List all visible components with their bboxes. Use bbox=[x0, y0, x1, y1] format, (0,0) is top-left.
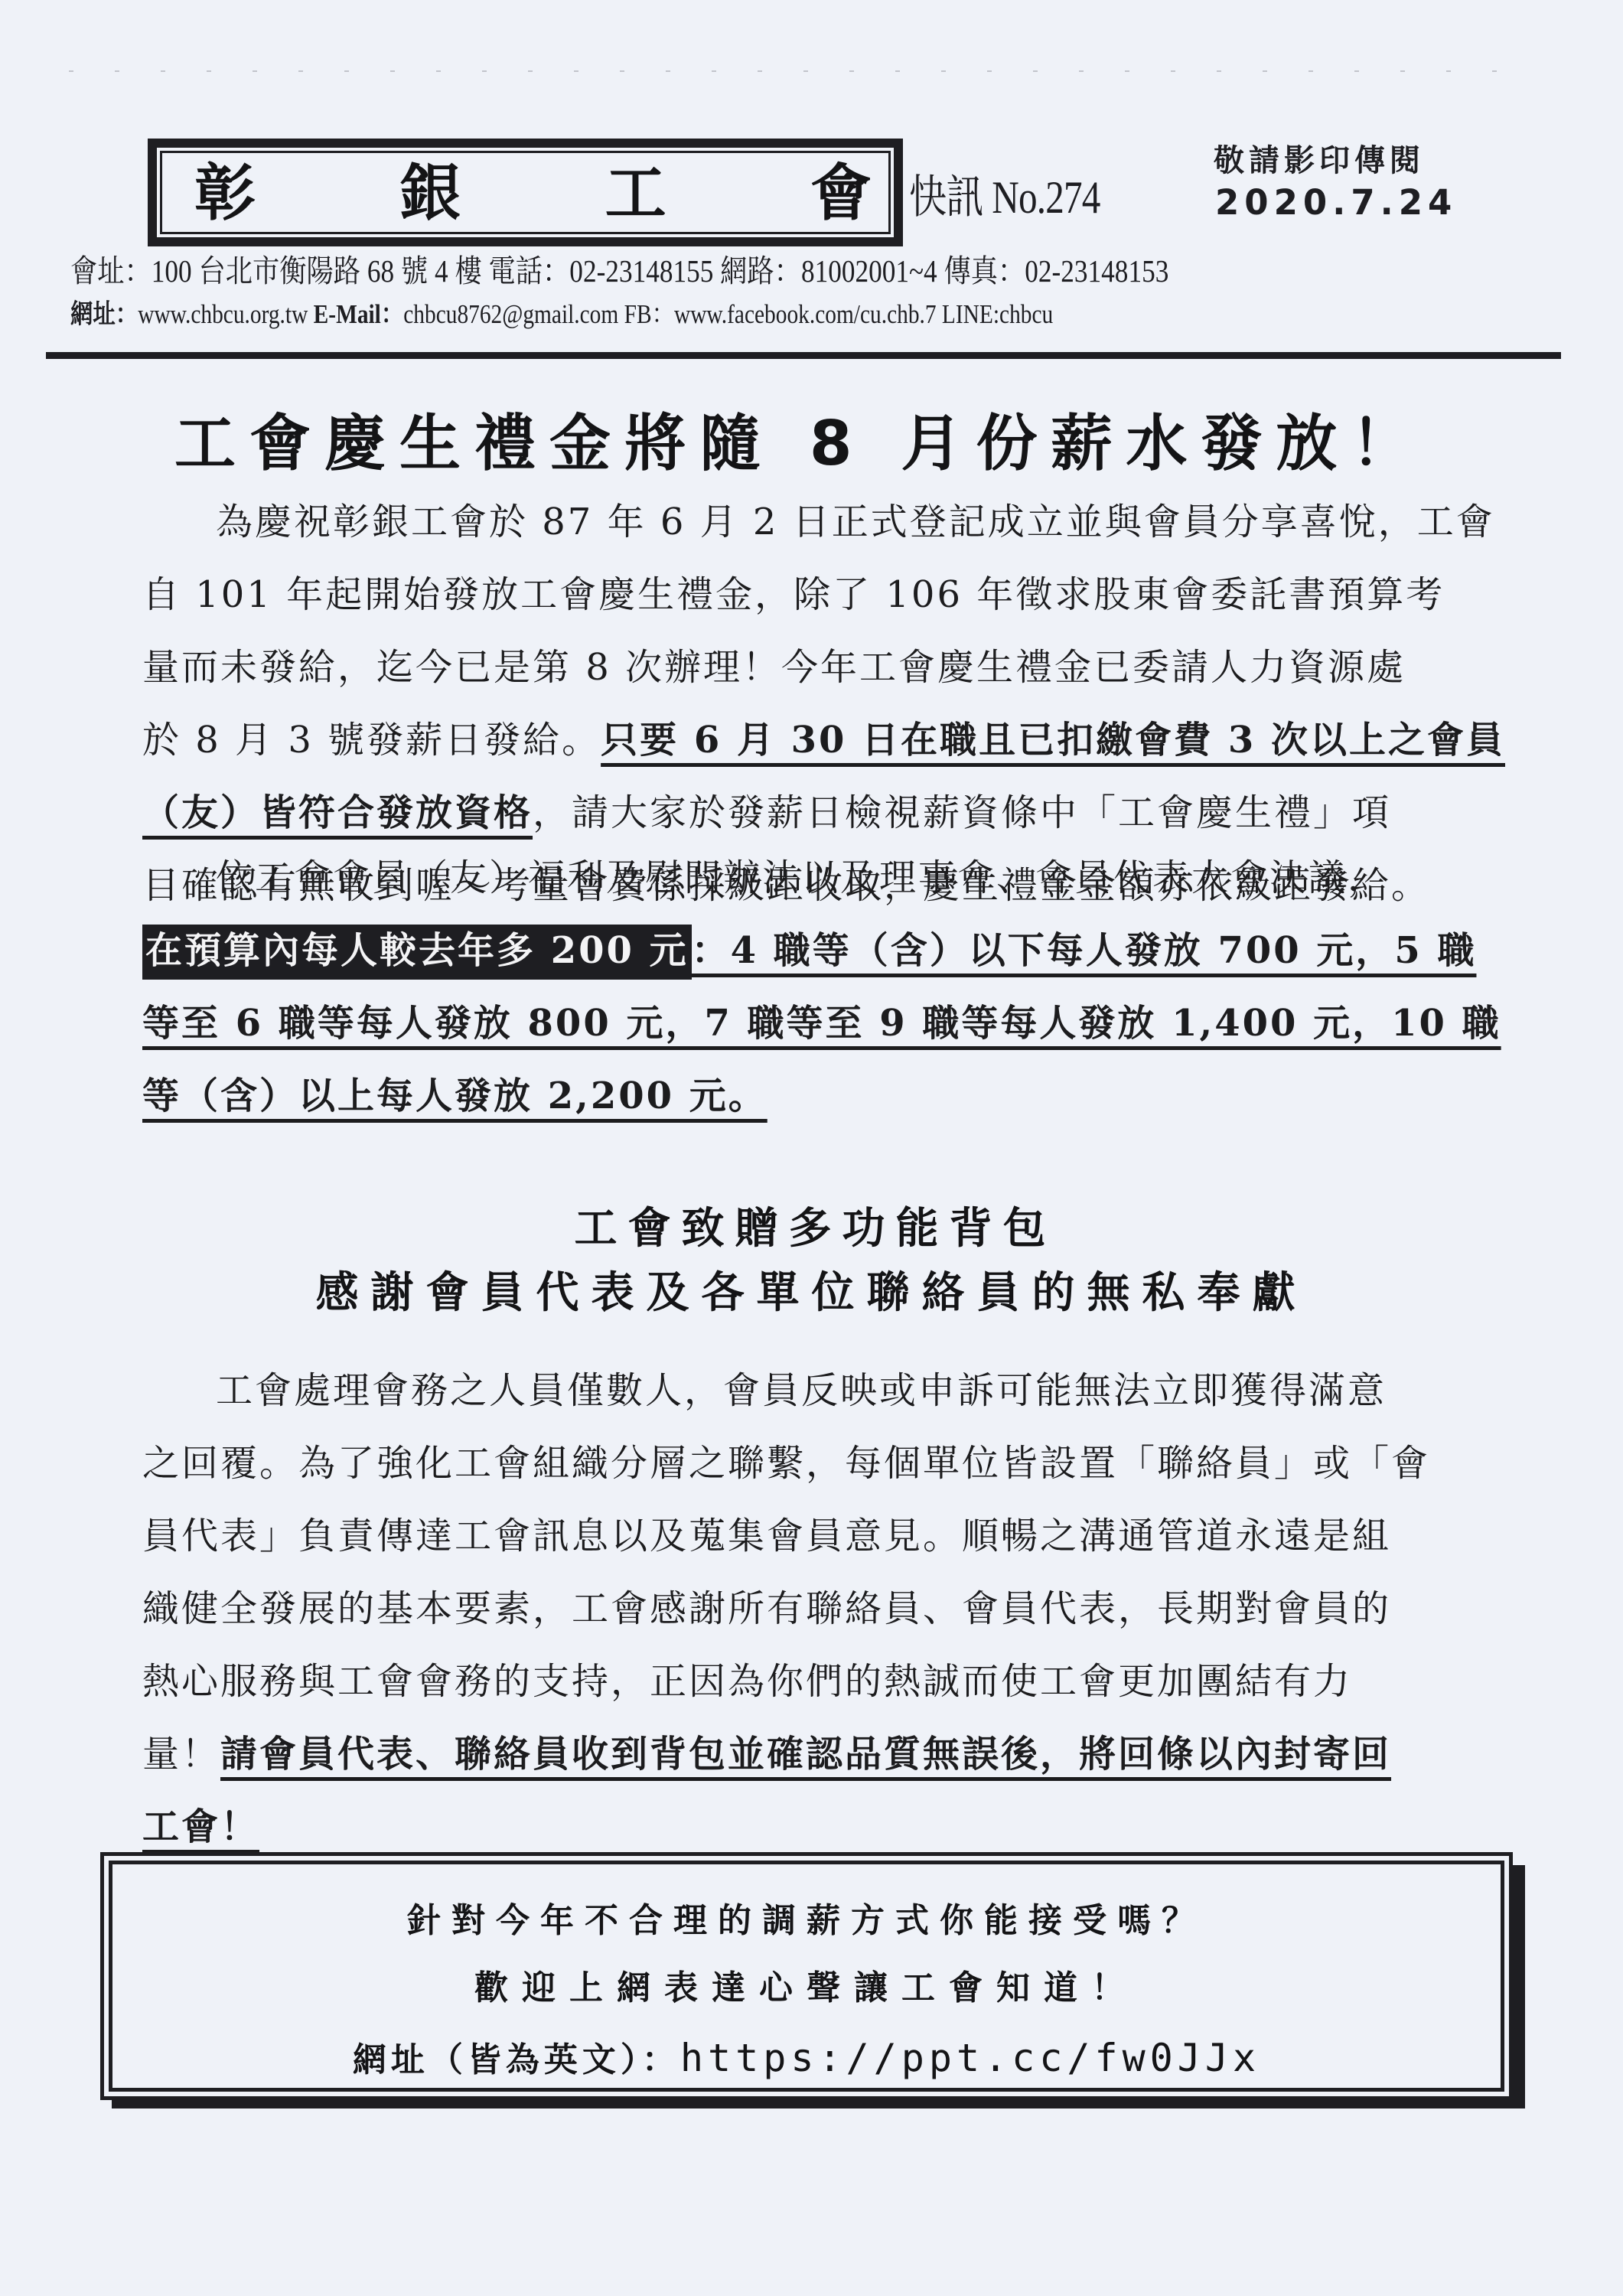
text-line: 工會處理會務之人員僅數人，會員反映或申訴可能無法立即獲得滿意 bbox=[142, 1355, 1520, 1427]
survey-url-line: 網址（皆為英文）：https://ppt.cc/fw0JJx bbox=[112, 2039, 1501, 2077]
line-label: LINE: bbox=[937, 299, 999, 329]
masthead-box: 彰 銀 工 會 bbox=[148, 139, 903, 246]
amount-underlined: 等至 6 職等每人發放 800 元，7 職等至 9 職等每人發放 1,400 元… bbox=[142, 1002, 1501, 1045]
contact-address-phone: 會址：100 台北市衡陽路 68 號 4 樓 電話：02-23148155 網路… bbox=[70, 256, 1168, 287]
website-link[interactable]: www.chbcu.org.tw bbox=[138, 299, 308, 329]
masthead-char-3: 工 bbox=[605, 162, 666, 223]
fb-label: FB： bbox=[618, 299, 674, 329]
article1-paragraph-2-lines: 依工會會員（友）福利及慰問辦法以及理事會、會員代表大會決議， 在預算內每人較去年… bbox=[142, 842, 1520, 1133]
email-label: E-Mail： bbox=[308, 299, 403, 329]
issue-date: 2020.7.24 bbox=[1215, 185, 1457, 220]
newsletter-page: 彰 銀 工 會 快訊 No.274 敬請影印傳閱 2020.7.24 會址：10… bbox=[0, 0, 1623, 2296]
line-id: chbcu bbox=[999, 299, 1053, 329]
return-slip-instruction-cont: 工會！ bbox=[142, 1805, 259, 1848]
payday-text: 於 8 月 3 號發薪日發給。 bbox=[142, 719, 601, 762]
text-line: 為慶祝彰銀工會於 87 年 6 月 2 日正式登記成立並與會員分享喜悅，工會 bbox=[142, 486, 1520, 559]
pass-on-notice: 敬請影印傳閱 bbox=[1214, 145, 1425, 176]
text-line: （友）皆符合發放資格，請大家於發薪日檢視薪資條中「工會慶生禮」項 bbox=[142, 777, 1520, 850]
email-link[interactable]: chbcu8762@gmail.com bbox=[403, 299, 618, 329]
bulletin-number: 快訊 No.274 bbox=[909, 174, 1100, 220]
text-line: 熱心服務與工會會務的支持，正因為你們的熱誠而使工會更加團結有力 bbox=[142, 1645, 1520, 1718]
masthead-char-4: 會 bbox=[810, 162, 872, 223]
header-divider bbox=[46, 352, 1561, 359]
article2-title-line-1: 工會致贈多功能背包 bbox=[0, 1208, 1623, 1251]
text-line: 等（含）以上每人發放 2,200 元。 bbox=[142, 1060, 1520, 1133]
eligibility-underlined: 只要 6 月 30 日在職且已扣繳會費 3 次以上之會員 bbox=[601, 719, 1505, 762]
eligibility-underlined-cont: （友）皆符合發放資格 bbox=[142, 791, 533, 834]
amount-underlined: ：4 職等（含）以下每人發放 700 元，5 職 bbox=[692, 929, 1477, 972]
text-line: 量！請會員代表、聯絡員收到背包並確認品質無誤後，將回條以內封寄回 bbox=[142, 1718, 1520, 1791]
text-line: 員代表」負責傳達工會訊息以及蒐集會員意見。順暢之溝通管道永遠是組 bbox=[142, 1500, 1520, 1573]
survey-url-link[interactable]: https://ppt.cc/fw0JJx bbox=[680, 2036, 1260, 2080]
text-line: 依工會會員（友）福利及慰問辦法以及理事會、會員代表大會決議， bbox=[142, 842, 1520, 915]
url-label: 網址（皆為英文）： bbox=[353, 2040, 680, 2079]
survey-question: 針對今年不合理的調薪方式你能接受嗎？ bbox=[112, 1904, 1501, 1938]
masthead-inner-frame: 彰 銀 工 會 bbox=[160, 151, 891, 234]
text-line: 等至 6 職等每人發放 800 元，7 職等至 9 職等每人發放 1,400 元… bbox=[142, 987, 1520, 1060]
article2-paragraph: 工會處理會務之人員僅數人，會員反映或申訴可能無法立即獲得滿意 之回覆。為了強化工… bbox=[142, 1355, 1520, 1864]
notice-inner-frame: 針對今年不合理的調薪方式你能接受嗎？ 歡迎上網表達心聲讓工會知道！ 網址（皆為英… bbox=[109, 1861, 1504, 2092]
masthead-char-1: 彰 bbox=[194, 162, 256, 223]
amount-underlined: 等（含）以上每人發放 2,200 元。 bbox=[142, 1075, 768, 1117]
fb-link[interactable]: www.facebook.com/cu.chb.7 bbox=[674, 299, 937, 329]
contact-online: 網址：www.chbcu.org.tw E-Mail：chbcu8762@gma… bbox=[70, 301, 1053, 328]
plain-text: 量！ bbox=[142, 1733, 220, 1776]
text-line: 量而未發給，迄今已是第 8 次辦理！今年工會慶生禮金已委請人力資源處 bbox=[142, 631, 1520, 704]
article1-headline: 工會慶生禮金將隨 8 月份薪水發放！ bbox=[174, 413, 1426, 475]
survey-invitation: 歡迎上網表達心聲讓工會知道！ bbox=[112, 1971, 1501, 2005]
return-slip-instruction: 請會員代表、聯絡員收到背包並確認品質無誤後，將回條以內封寄回 bbox=[220, 1733, 1391, 1776]
text-line: 在預算內每人較去年多 200 元：4 職等（含）以下每人發放 700 元，5 職 bbox=[142, 915, 1520, 987]
article2-title-line-2: 感謝會員代表及各單位聯絡員的無私奉獻 bbox=[0, 1272, 1623, 1315]
check-payslip-text: ，請大家於發薪日檢視薪資條中「工會慶生禮」項 bbox=[533, 791, 1391, 834]
text-line: 於 8 月 3 號發薪日發給。只要 6 月 30 日在職且已扣繳會費 3 次以上… bbox=[142, 704, 1520, 777]
website-label: 網址： bbox=[70, 299, 138, 329]
survey-notice-box: 針對今年不合理的調薪方式你能接受嗎？ 歡迎上網表達心聲讓工會知道！ 網址（皆為英… bbox=[100, 1852, 1513, 2100]
text-line: 之回覆。為了強化工會組織分層之聯繫，每個單位皆設置「聯絡員」或「會 bbox=[142, 1427, 1520, 1500]
text-line: 自 101 年起開始發放工會慶生禮金，除了 106 年徵求股東會委託書預算考 bbox=[142, 559, 1520, 631]
highlight-increase: 在預算內每人較去年多 200 元 bbox=[142, 925, 692, 980]
text-line: 織健全發展的基本要素，工會感謝所有聯絡員、會員代表，長期對會員的 bbox=[142, 1573, 1520, 1645]
masthead-char-2: 銀 bbox=[399, 162, 461, 223]
scan-artifact-line bbox=[69, 70, 1538, 72]
